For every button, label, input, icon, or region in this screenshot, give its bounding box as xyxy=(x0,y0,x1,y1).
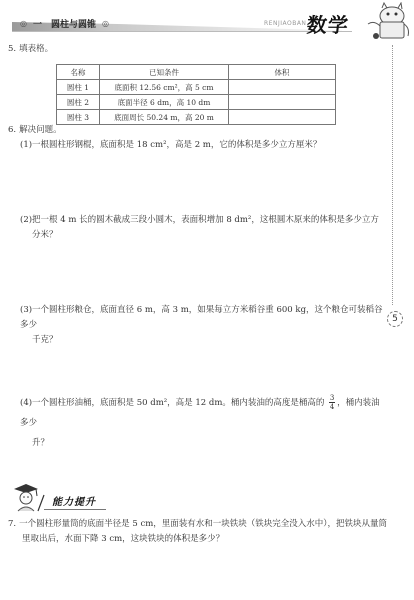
page-number: 5 xyxy=(387,311,403,327)
mascot-icon xyxy=(360,2,412,42)
header-volume: 体积 xyxy=(229,65,336,80)
question-6-3: (3)一个圆柱形粮仓，底面直径 6 m，高 3 m，如果每立方米稻谷重 600 … xyxy=(20,303,385,348)
header-condition: 已知条件 xyxy=(100,65,229,80)
table-row: 圆柱 3 底面周长 50.24 m，高 20 m xyxy=(57,110,336,125)
table-row: 圆柱 2 底面半径 6 dm，高 10 dm xyxy=(57,95,336,110)
brand-title: 数学 xyxy=(305,9,350,38)
section-title: 能力提升 xyxy=(52,493,96,508)
chapter-title: ◎ 一 圆柱与圆锥 ◎ xyxy=(20,17,109,30)
section-heading: 能力提升 xyxy=(10,483,130,513)
fraction: 3 4 xyxy=(329,394,335,411)
question-6-2: (2)把一根 4 m 长的圆木截成三段小圆木，表面积增加 8 dm²，这根圆木原… xyxy=(20,213,385,243)
brand-subtitle: RENJIAOBAN xyxy=(264,20,306,27)
volume-answer-cell[interactable] xyxy=(229,80,336,95)
volume-answer-cell[interactable] xyxy=(229,110,336,125)
chapter-label: 一 圆柱与圆锥 xyxy=(33,17,96,30)
table-header-row: 名称 已知条件 体积 xyxy=(57,65,336,80)
bullet-icon: ◎ xyxy=(102,19,109,28)
question-7: 7.一个圆柱形量筒的底面半径是 5 cm，里面装有水和一块铁块（铁块完全没入水中… xyxy=(8,517,388,547)
header-divider xyxy=(12,31,352,32)
volume-answer-cell[interactable] xyxy=(229,95,336,110)
question-6-1: (1)一根圆柱形钢棍，底面积是 18 cm²，高是 2 m，它的体积是多少立方厘… xyxy=(20,138,380,153)
header-name: 名称 xyxy=(57,65,100,80)
page-edge-dots xyxy=(392,45,394,305)
question-6-title: 6.解决问题。 xyxy=(8,123,62,138)
question-5-title: 5.填表格。 xyxy=(8,42,53,57)
section-underline xyxy=(44,509,106,510)
page-header: ◎ 一 圆柱与圆锥 ◎ RENJIAOBAN 数学 xyxy=(0,0,414,40)
bullet-icon: ◎ xyxy=(20,19,27,28)
conditions-table: 名称 已知条件 体积 圆柱 1 底面积 12.56 cm²，高 5 cm 圆柱 … xyxy=(56,64,336,125)
question-6-4: (4)一个圆柱形油桶，底面积是 50 dm²，高是 12 dm。桶内装油的高度是… xyxy=(20,393,385,453)
teacher-icon xyxy=(10,483,46,513)
table-row: 圆柱 1 底面积 12.56 cm²，高 5 cm xyxy=(57,80,336,95)
